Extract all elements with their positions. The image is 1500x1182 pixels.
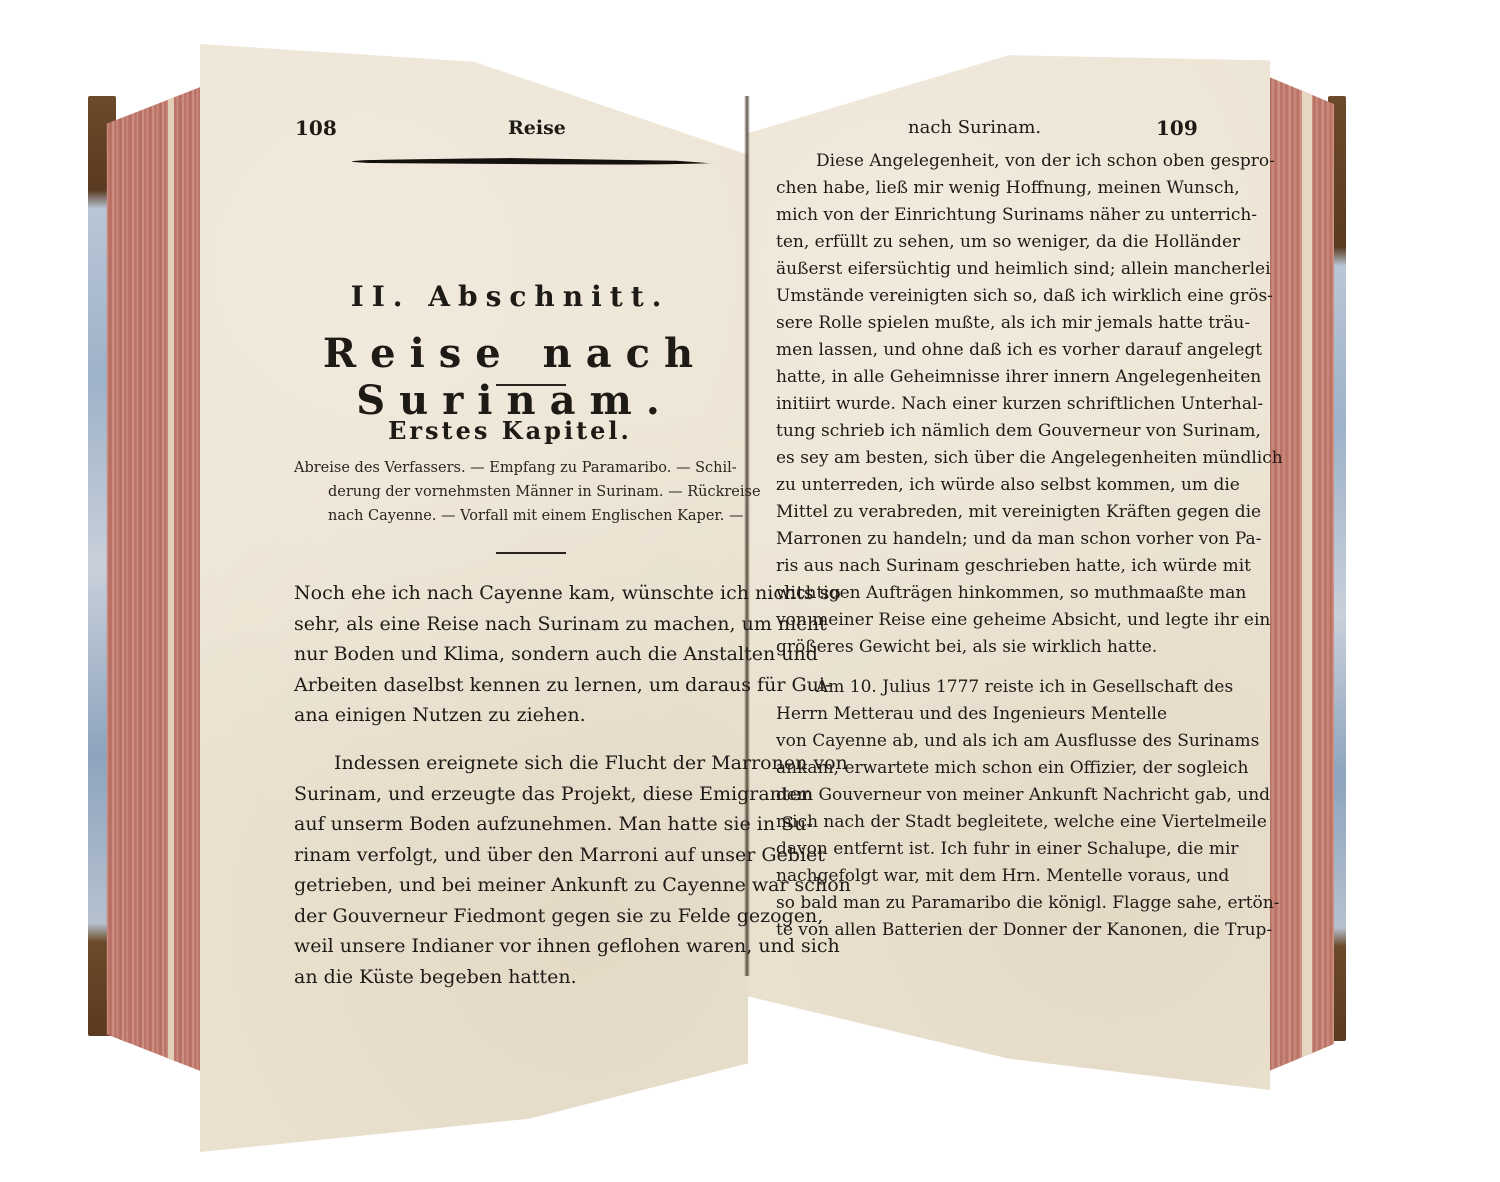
- text-line: auf unserm Boden aufzunehmen. Man hatte …: [294, 809, 734, 840]
- text-line: hatte, in alle Geheimnisse ihrer innern …: [776, 364, 1196, 391]
- text-line: ana einigen Nutzen zu ziehen.: [294, 700, 734, 731]
- paragraph: Indessen ereignete sich die Flucht der M…: [294, 748, 734, 992]
- text-line: nur Boden und Klima, sondern auch die An…: [294, 639, 734, 670]
- summary-line: derung der vornehmsten Männer in Surinam…: [294, 480, 734, 504]
- text-line: te von allen Batterien der Donner der Ka…: [776, 917, 1196, 944]
- text-line: mich von der Einrichtung Surinams näher …: [776, 202, 1196, 229]
- left-red-page-edges: [98, 84, 208, 1074]
- text-line: größeres Gewicht bei, als sie wirklich h…: [776, 634, 1196, 661]
- open-book: 108 Reise II. Abschnitt. Reise nach Suri…: [0, 0, 1500, 1182]
- text-line: Mittel zu verabreden, mit vereinigten Kr…: [776, 499, 1196, 526]
- text-line: sere Rolle spielen mußte, als ich mir je…: [776, 310, 1196, 337]
- chapter-title: Reise nach Surinam.: [280, 330, 750, 424]
- divider: [496, 384, 566, 386]
- text-line: Indessen ereignete sich die Flucht der M…: [294, 748, 734, 779]
- text-line: so bald man zu Paramaribo die königl. Fl…: [776, 890, 1196, 917]
- running-head-left: Reise: [508, 117, 566, 139]
- text-line: Am 10. Julius 1777 reiste ich in Gesells…: [776, 674, 1196, 701]
- text-line: chen habe, ließ mir wenig Hoffnung, mein…: [776, 175, 1196, 202]
- page-edge-stripe: [168, 84, 174, 1074]
- divider: [496, 552, 566, 554]
- text-line: Noch ehe ich nach Cayenne kam, wünschte …: [294, 578, 734, 609]
- text-line: der Gouverneur Fiedmont gegen sie zu Fel…: [294, 901, 734, 932]
- text-line: von Cayenne ab, und als ich am Ausflusse…: [776, 728, 1196, 755]
- right-red-page-edges: [1262, 74, 1334, 1074]
- text-line: Surinam, und erzeugte das Projekt, diese…: [294, 779, 734, 810]
- chapter-summary: Abreise des Verfassers. — Empfang zu Par…: [294, 456, 734, 528]
- text-line: Umstände vereinigten sich so, daß ich wi…: [776, 283, 1196, 310]
- text-line: wichtigen Aufträgen hinkommen, so muthma…: [776, 580, 1196, 607]
- text-line: initiirt wurde. Nach einer kurzen schrif…: [776, 391, 1196, 418]
- text-line: dem Gouverneur von meiner Ankunft Nachri…: [776, 782, 1196, 809]
- text-line: getrieben, und bei meiner Ankunft zu Cay…: [294, 870, 734, 901]
- text-line: von meiner Reise eine geheime Absicht, u…: [776, 607, 1196, 634]
- text-line: nachgefolgt war, mit dem Hrn. Mentelle v…: [776, 863, 1196, 890]
- text-line: Herrn Metterau und des Ingenieurs Mentel…: [776, 701, 1196, 728]
- chapter-subheading: Erstes Kapitel.: [280, 416, 740, 445]
- text-line: ankam, erwartete mich schon ein Offizier…: [776, 755, 1196, 782]
- paragraph: Noch ehe ich nach Cayenne kam, wünschte …: [294, 578, 734, 731]
- text-line: an die Küste begeben hatten.: [294, 962, 734, 993]
- summary-line: Abreise des Verfassers. — Empfang zu Par…: [294, 456, 734, 480]
- text-line: es sey am besten, sich über die Angelege…: [776, 445, 1196, 472]
- text-line: davon entfernt ist. Ich fuhr in einer Sc…: [776, 836, 1196, 863]
- page-edge-stripe: [1302, 74, 1312, 1074]
- text-line: sehr, als eine Reise nach Surinam zu mac…: [294, 609, 734, 640]
- text-line: zu unterreden, ich würde also selbst kom…: [776, 472, 1196, 499]
- text-line: ten, erfüllt zu sehen, um so weniger, da…: [776, 229, 1196, 256]
- text-line: Diese Angelegenheit, von der ich schon o…: [776, 148, 1196, 175]
- paragraph: Diese Angelegenheit, von der ich schon o…: [776, 148, 1196, 661]
- text-line: men lassen, und ohne daß ich es vorher d…: [776, 337, 1196, 364]
- section-heading: II. Abschnitt.: [280, 280, 740, 313]
- text-line: Marronen zu handeln; und da man schon vo…: [776, 526, 1196, 553]
- text-line: rinam verfolgt, und über den Marroni auf…: [294, 840, 734, 871]
- text-line: tung schrieb ich nämlich dem Gouverneur …: [776, 418, 1196, 445]
- paragraph: Am 10. Julius 1777 reiste ich in Gesells…: [776, 674, 1196, 944]
- running-head-right: nach Surinam.: [908, 117, 1041, 138]
- page-number-right: 109: [1156, 116, 1198, 140]
- text-line: äußerst eifersüchtig und heimlich sind; …: [776, 256, 1196, 283]
- page-number-left: 108: [295, 116, 337, 140]
- text-line: mich nach der Stadt begleitete, welche e…: [776, 809, 1196, 836]
- summary-line: nach Cayenne. — Vorfall mit einem Englis…: [294, 504, 734, 528]
- text-line: weil unsere Indianer vor ihnen geflohen …: [294, 931, 734, 962]
- text-line: ris aus nach Surinam geschrieben hatte, …: [776, 553, 1196, 580]
- text-line: Arbeiten daselbst kennen zu lernen, um d…: [294, 670, 734, 701]
